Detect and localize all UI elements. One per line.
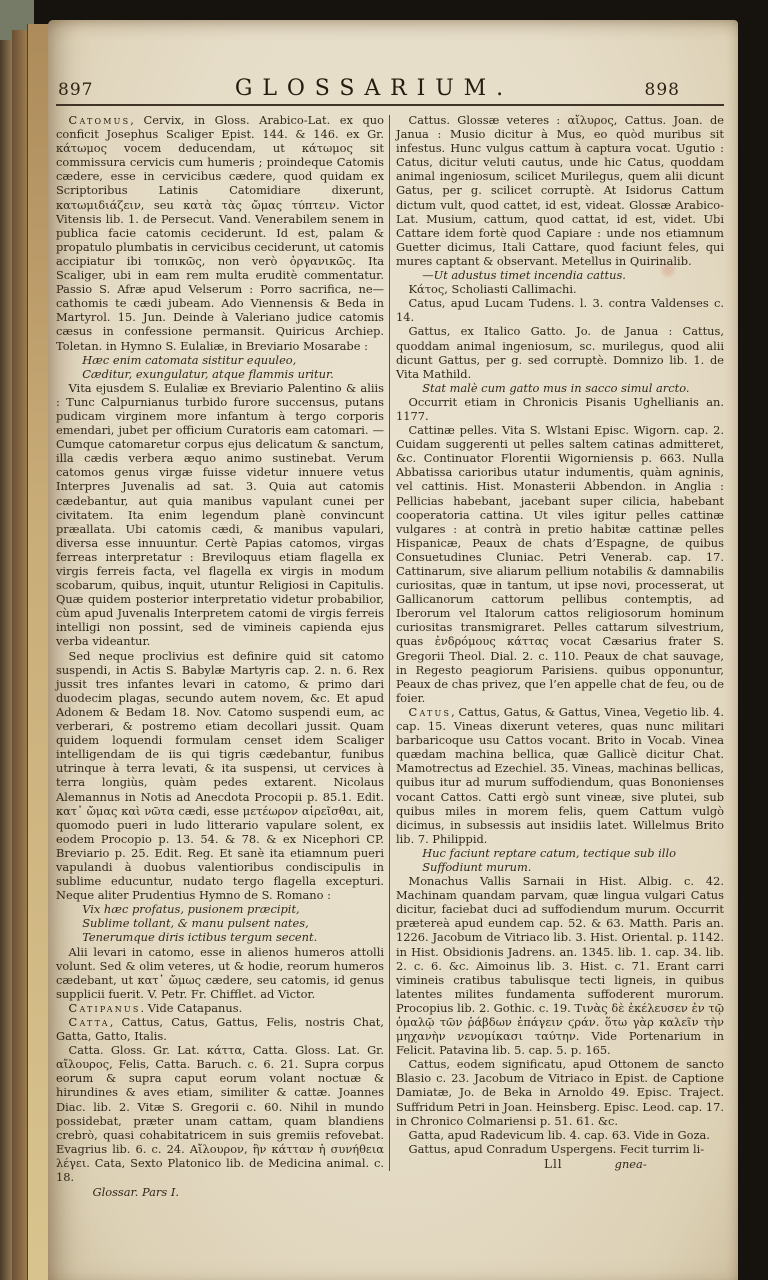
- verse-line: Sublime tollant, & manu pulsent nates,: [56, 916, 384, 930]
- paragraph: Monachus Vallis Sarnaii in Hist. Albig. …: [396, 874, 724, 1057]
- paragraph: Alii levari in catomo, esse in alienos h…: [56, 945, 384, 1001]
- paragraph: Gattus, apud Conradum Uspergens. Fecit t…: [396, 1142, 724, 1156]
- entry-headword: Catomus: [69, 113, 131, 127]
- verse-line: Hæc enim catomata sistitur equuleo,: [56, 353, 384, 367]
- paragraph: Sed neque proclivius est definire quid s…: [56, 649, 384, 903]
- paragraph: Cattus, eodem significatu, apud Ottonem …: [396, 1057, 724, 1127]
- entry-headword: Catta: [69, 1015, 110, 1029]
- verse-line: Vix hæc profatus, pusionem præcipit,: [56, 902, 384, 916]
- paragraph: Catus, Cattus, Gatus, & Gattus, Vinea, V…: [396, 705, 724, 846]
- paragraph: Catipanus. Vide Catapanus.: [56, 1001, 384, 1015]
- verse-line: Cæditur, exungulatur, atque flammis urit…: [56, 367, 384, 381]
- paragraph: Κάτος, Scholiasti Callimachi.: [396, 282, 724, 296]
- paragraph: Catomus, Cervix, in Gloss. Arabico-Lat. …: [56, 113, 384, 353]
- verse-line: —Ut adustus timet incendia cattus.: [396, 268, 724, 282]
- header-rule: [56, 104, 724, 106]
- colophon-row: Lllgnea-: [396, 1157, 724, 1171]
- page-number-left: 897: [58, 80, 93, 100]
- page-title: GLOSSARIUM.: [93, 76, 644, 101]
- entry-headword: Catus: [409, 705, 452, 719]
- paragraph: Cattinæ pelles. Vita S. Wlstani Episc. W…: [396, 423, 724, 705]
- verse-line: Suffodiunt murum.: [396, 860, 724, 874]
- paragraph: Catta, Cattus, Catus, Gattus, Felis, nos…: [56, 1015, 384, 1043]
- text-columns: Catomus, Cervix, in Gloss. Arabico-Lat. …: [56, 113, 724, 1179]
- book-photo: 897 GLOSSARIUM. 898 Catomus, Cervix, in …: [0, 0, 768, 1280]
- signature-line: Glossar. Pars I.: [56, 1185, 384, 1199]
- background-band: [34, 0, 768, 22]
- entry-headword: Catipanus: [69, 1001, 141, 1015]
- paragraph: Gattus, ex Italico Gatto. Jo. de Janua :…: [396, 324, 724, 380]
- running-head: 897 GLOSSARIUM. 898: [56, 76, 724, 101]
- scanned-page: 897 GLOSSARIUM. 898 Catomus, Cervix, in …: [48, 20, 738, 1280]
- paragraph: Vita ejusdem S. Eulaliæ ex Breviario Pal…: [56, 381, 384, 649]
- verse-line: Stat malè cum gatto mus in sacco simul a…: [396, 381, 724, 395]
- verse-line: Tenerumque diris ictibus tergum secent.: [56, 930, 384, 944]
- catchword: gnea-: [615, 1157, 647, 1171]
- paragraph: Catus, apud Lucam Tudens. l. 3. contra V…: [396, 296, 724, 324]
- page-edge-strip: [12, 30, 27, 1280]
- right-column: Cattus. Glossæ veteres : αἴλυρος, Cattus…: [396, 113, 724, 1179]
- gathering-mark: Lll: [544, 1157, 563, 1171]
- paragraph: Catta. Gloss. Gr. Lat. κάττα, Catta. Glo…: [56, 1043, 384, 1184]
- paragraph: Gatta, apud Radevicum lib. 4. cap. 63. V…: [396, 1128, 724, 1142]
- page-number-right: 898: [645, 80, 680, 100]
- column-divider: [389, 115, 390, 1171]
- left-column: Catomus, Cervix, in Gloss. Arabico-Lat. …: [56, 113, 384, 1179]
- page-edge-strip: [27, 24, 49, 1280]
- page-edge-strip: [0, 40, 12, 1280]
- verse-line: Huc faciunt reptare catum, tectique sub …: [396, 846, 724, 860]
- paragraph: Cattus. Glossæ veteres : αἴλυρος, Cattus…: [396, 113, 724, 268]
- paragraph: Occurrit etiam in Chronicis Pisanis Ughe…: [396, 395, 724, 423]
